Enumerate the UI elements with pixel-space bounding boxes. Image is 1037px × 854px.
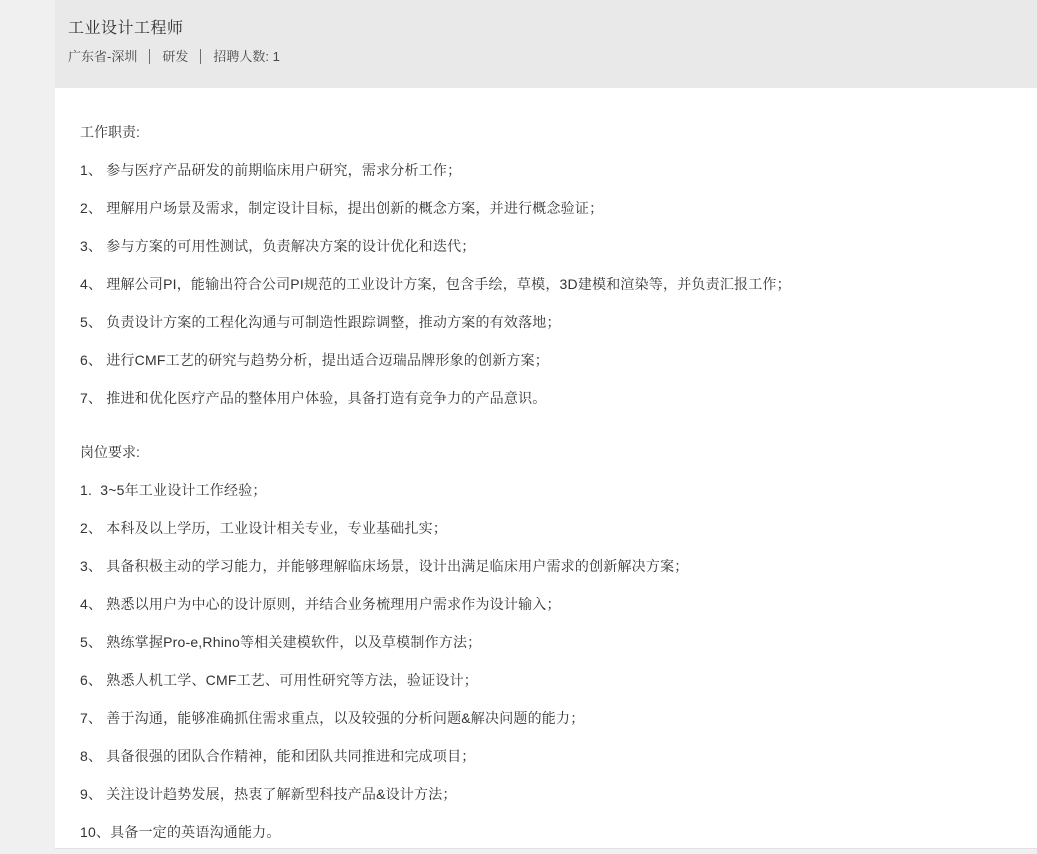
requirements-section: 岗位要求: 1. 3~5年工业设计工作经验； 2、 本科及以上学历，工业设计相关… [80,442,1012,842]
responsibility-item: 1、 参与医疗产品研发的前期临床用户研究，需求分析工作； [80,160,1012,180]
requirement-item: 6、 熟悉人机工学、CMF工艺、可用性研究等方法，验证设计； [80,670,1012,690]
requirement-item: 9、 关注设计趋势发展，热衷了解新型科技产品&设计方法； [80,784,1012,804]
responsibility-item: 3、 参与方案的可用性测试，负责解决方案的设计优化和迭代； [80,236,1012,256]
requirement-item: 4、 熟悉以用户为中心的设计原则，并结合业务梳理用户需求作为设计输入； [80,594,1012,614]
responsibility-item: 7、 推进和优化医疗产品的整体用户体验，具备打造有竞争力的产品意识。 [80,388,1012,408]
job-headcount: 招聘人数: 1 [213,49,279,64]
meta-divider [149,49,150,64]
job-department: 研发 [162,49,188,64]
requirements-heading: 岗位要求: [80,442,1012,462]
responsibility-item: 5、 负责设计方案的工程化沟通与可制造性跟踪调整，推动方案的有效落地； [80,312,1012,332]
requirement-item: 8、 具备很强的团队合作精神，能和团队共同推进和完成项目； [80,746,1012,766]
requirement-item: 5、 熟练掌握Pro-e,Rhino等相关建模软件，以及草模制作方法； [80,632,1012,652]
requirement-item: 1. 3~5年工业设计工作经验； [80,480,1012,500]
meta-divider [200,49,201,64]
responsibility-item: 6、 进行CMF工艺的研究与趋势分析，提出适合迈瑞品牌形象的创新方案； [80,350,1012,370]
requirement-item: 10、具备一定的英语沟通能力。 [80,822,1012,842]
job-description-card: 工作职责: 1、 参与医疗产品研发的前期临床用户研究，需求分析工作； 2、 理解… [55,88,1037,849]
responsibilities-section: 工作职责: 1、 参与医疗产品研发的前期临床用户研究，需求分析工作； 2、 理解… [80,122,1012,408]
requirement-item: 3、 具备积极主动的学习能力，并能够理解临床场景，设计出满足临床用户需求的创新解… [80,556,1012,576]
job-location: 广东省-深圳 [68,49,137,64]
job-title: 工业设计工程师 [68,20,1037,38]
job-header: 工业设计工程师 广东省-深圳 研发 招聘人数: 1 [55,0,1037,88]
requirement-item: 7、 善于沟通，能够准确抓住需求重点，以及较强的分析问题&解决问题的能力； [80,708,1012,728]
job-meta: 广东省-深圳 研发 招聘人数: 1 [68,49,1037,64]
responsibility-item: 4、 理解公司PI，能输出符合公司PI规范的工业设计方案，包含手绘，草模，3D建… [80,274,1012,294]
responsibility-item: 2、 理解用户场景及需求，制定设计目标，提出创新的概念方案，并进行概念验证； [80,198,1012,218]
requirement-item: 2、 本科及以上学历，工业设计相关专业，专业基础扎实； [80,518,1012,538]
responsibilities-heading: 工作职责: [80,122,1012,142]
